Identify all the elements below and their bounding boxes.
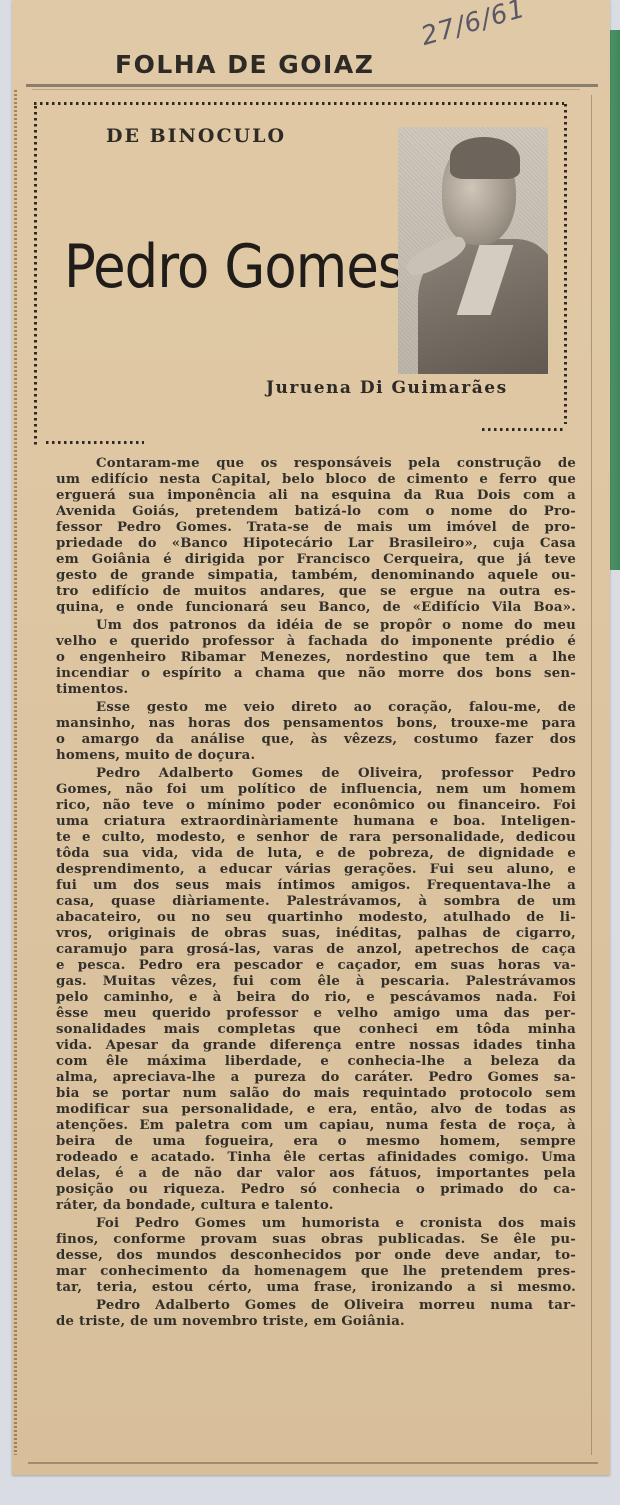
text-line: casa, quase diàriamente. Palestrávamos, … [56, 894, 576, 910]
text-line: com êle máxima liberdade, e conhecia-lhe… [56, 1054, 576, 1070]
text-line: Pedro Adalberto Gomes de Oliveira, profe… [96, 766, 576, 782]
frame-dots-right [564, 104, 567, 424]
photo-hair [450, 137, 520, 179]
clipping-bottom-edge [28, 1462, 598, 1464]
text-line: incendiar o espírito a chama que não mor… [56, 666, 576, 682]
text-line: posição ou riqueza. Pedro só conhecia o … [56, 1182, 576, 1198]
text-line: atenções. Em paletra com um capiau, numa… [56, 1118, 576, 1134]
frame-dots-left [34, 106, 37, 446]
text-line: de triste, de um novembro triste, em Goi… [56, 1314, 576, 1330]
text-line: um edifício nesta Capital, belo bloco de… [56, 472, 576, 488]
text-line: velho e querido professor à fachada do i… [56, 634, 576, 650]
text-line: fui um dos seus mais íntimos amigos. Fre… [56, 878, 576, 894]
text-line: alma, apreciava-lhe a pureza do caráter.… [56, 1070, 576, 1086]
text-line: erguerá sua imponência ali na esquina da… [56, 488, 576, 504]
text-line: desprendimento, a educar várias gerações… [56, 862, 576, 878]
text-line: e pesca. Pedro era pescador e caçador, e… [56, 958, 576, 974]
text-line: homens, muito de doçura. [56, 748, 576, 764]
text-line: tôda sua vida, vida de luta, e de pobrez… [56, 846, 576, 862]
text-line: mansinho, nas horas dos pensamentos bons… [56, 716, 576, 732]
text-line: rico, não teve o mínimo poder econômico … [56, 798, 576, 814]
text-line: timentos. [56, 682, 576, 698]
text-line: mar conhecimento da homenagem que lhe pr… [56, 1264, 576, 1280]
text-line: beira de uma fogueira, era o mesmo homem… [56, 1134, 576, 1150]
text-line: modificar sua personalidade, e era, entã… [56, 1102, 576, 1118]
text-line: ráter, da bondade, cultura e talento. [56, 1198, 576, 1214]
text-line: bia se portar num salão do mais requinta… [56, 1086, 576, 1102]
handwritten-date: 27/6/61 [418, 0, 529, 52]
text-line: sonalidades mais completas que conheci e… [56, 1022, 576, 1038]
text-line: quina, e onde funcionará seu Banco, de «… [56, 600, 576, 616]
text-line: êsse meu querido professor e velho amigo… [56, 1006, 576, 1022]
text-line: finos, conforme provam suas obras public… [56, 1232, 576, 1248]
text-line: te e culto, modesto, e senhor de rara pe… [56, 830, 576, 846]
text-line: Gomes, não foi um político de influencia… [56, 782, 576, 798]
text-line: Contaram-me que os responsáveis pela con… [96, 456, 576, 472]
text-line: em Goiânia é dirigida por Francisco Cerq… [56, 552, 576, 568]
text-line: uma criatura extraordinàriamente humana … [56, 814, 576, 830]
text-line: gas. Muitas vêzes, fui com êle à pescari… [56, 974, 576, 990]
text-line: tar, teria, estou cérto, uma frase, iron… [56, 1280, 576, 1296]
text-line: delas, é a de não dar valor aos fátuos, … [56, 1166, 576, 1182]
text-line: Esse gesto me veio direto ao coração, fa… [96, 700, 576, 716]
text-line: priedade do «Banco Hipotecário Lar Brasi… [56, 536, 576, 552]
text-line: fessor Pedro Gomes. Trata-se de mais um … [56, 520, 576, 536]
text-line: o amargo da análise que, às vêzezs, cost… [56, 732, 576, 748]
text-line: Um dos patronos da idéia de se propôr o … [96, 618, 576, 634]
masthead-rule [26, 84, 598, 87]
text-line: Pedro Adalberto Gomes de Oliveira morreu… [96, 1298, 576, 1314]
frame-dots-top [34, 102, 564, 105]
text-line: desse, dos mundos desconhecidos por onde… [56, 1248, 576, 1264]
column-kicker: DE BINOCULO [106, 125, 286, 147]
article-byline: Juruena Di Guimarães [266, 378, 508, 398]
frame-dots-bottom-left [46, 441, 144, 444]
text-line: o engenheiro Ribamar Menezes, nordestino… [56, 650, 576, 666]
text-line: gesto de grande simpatia, também, denomi… [56, 568, 576, 584]
text-line: caramujo para grosá-las, varas de anzol,… [56, 942, 576, 958]
text-line: vida. Apesar da grande diferença entre n… [56, 1038, 576, 1054]
text-line: tro edifício de muitos andares, que se e… [56, 584, 576, 600]
frame-dots-bottom-right [482, 428, 564, 431]
text-line: vros, originais de obras suas, inéditas,… [56, 926, 576, 942]
article-headline: Pedro Gomes [64, 232, 405, 302]
masthead-rule-secondary [32, 89, 580, 90]
text-line: Avenida Goiás, pretendem batizá-lo com o… [56, 504, 576, 520]
text-line: abacateiro, ou no seu quartinho modesto,… [56, 910, 576, 926]
newspaper-masthead: FOLHA DE GOIAZ [115, 50, 374, 79]
text-line: pelo caminho, e à beira do rio, e pescáv… [56, 990, 576, 1006]
newspaper-clipping: FOLHA DE GOIAZ 27/6/61 DE BINOCULO Pedro… [12, 0, 610, 1475]
portrait-photo [398, 127, 548, 374]
text-line: Foi Pedro Gomes um humorista e cronista … [96, 1216, 576, 1232]
text-line: rodeado e acatado. Tinha êle certas afin… [56, 1150, 576, 1166]
